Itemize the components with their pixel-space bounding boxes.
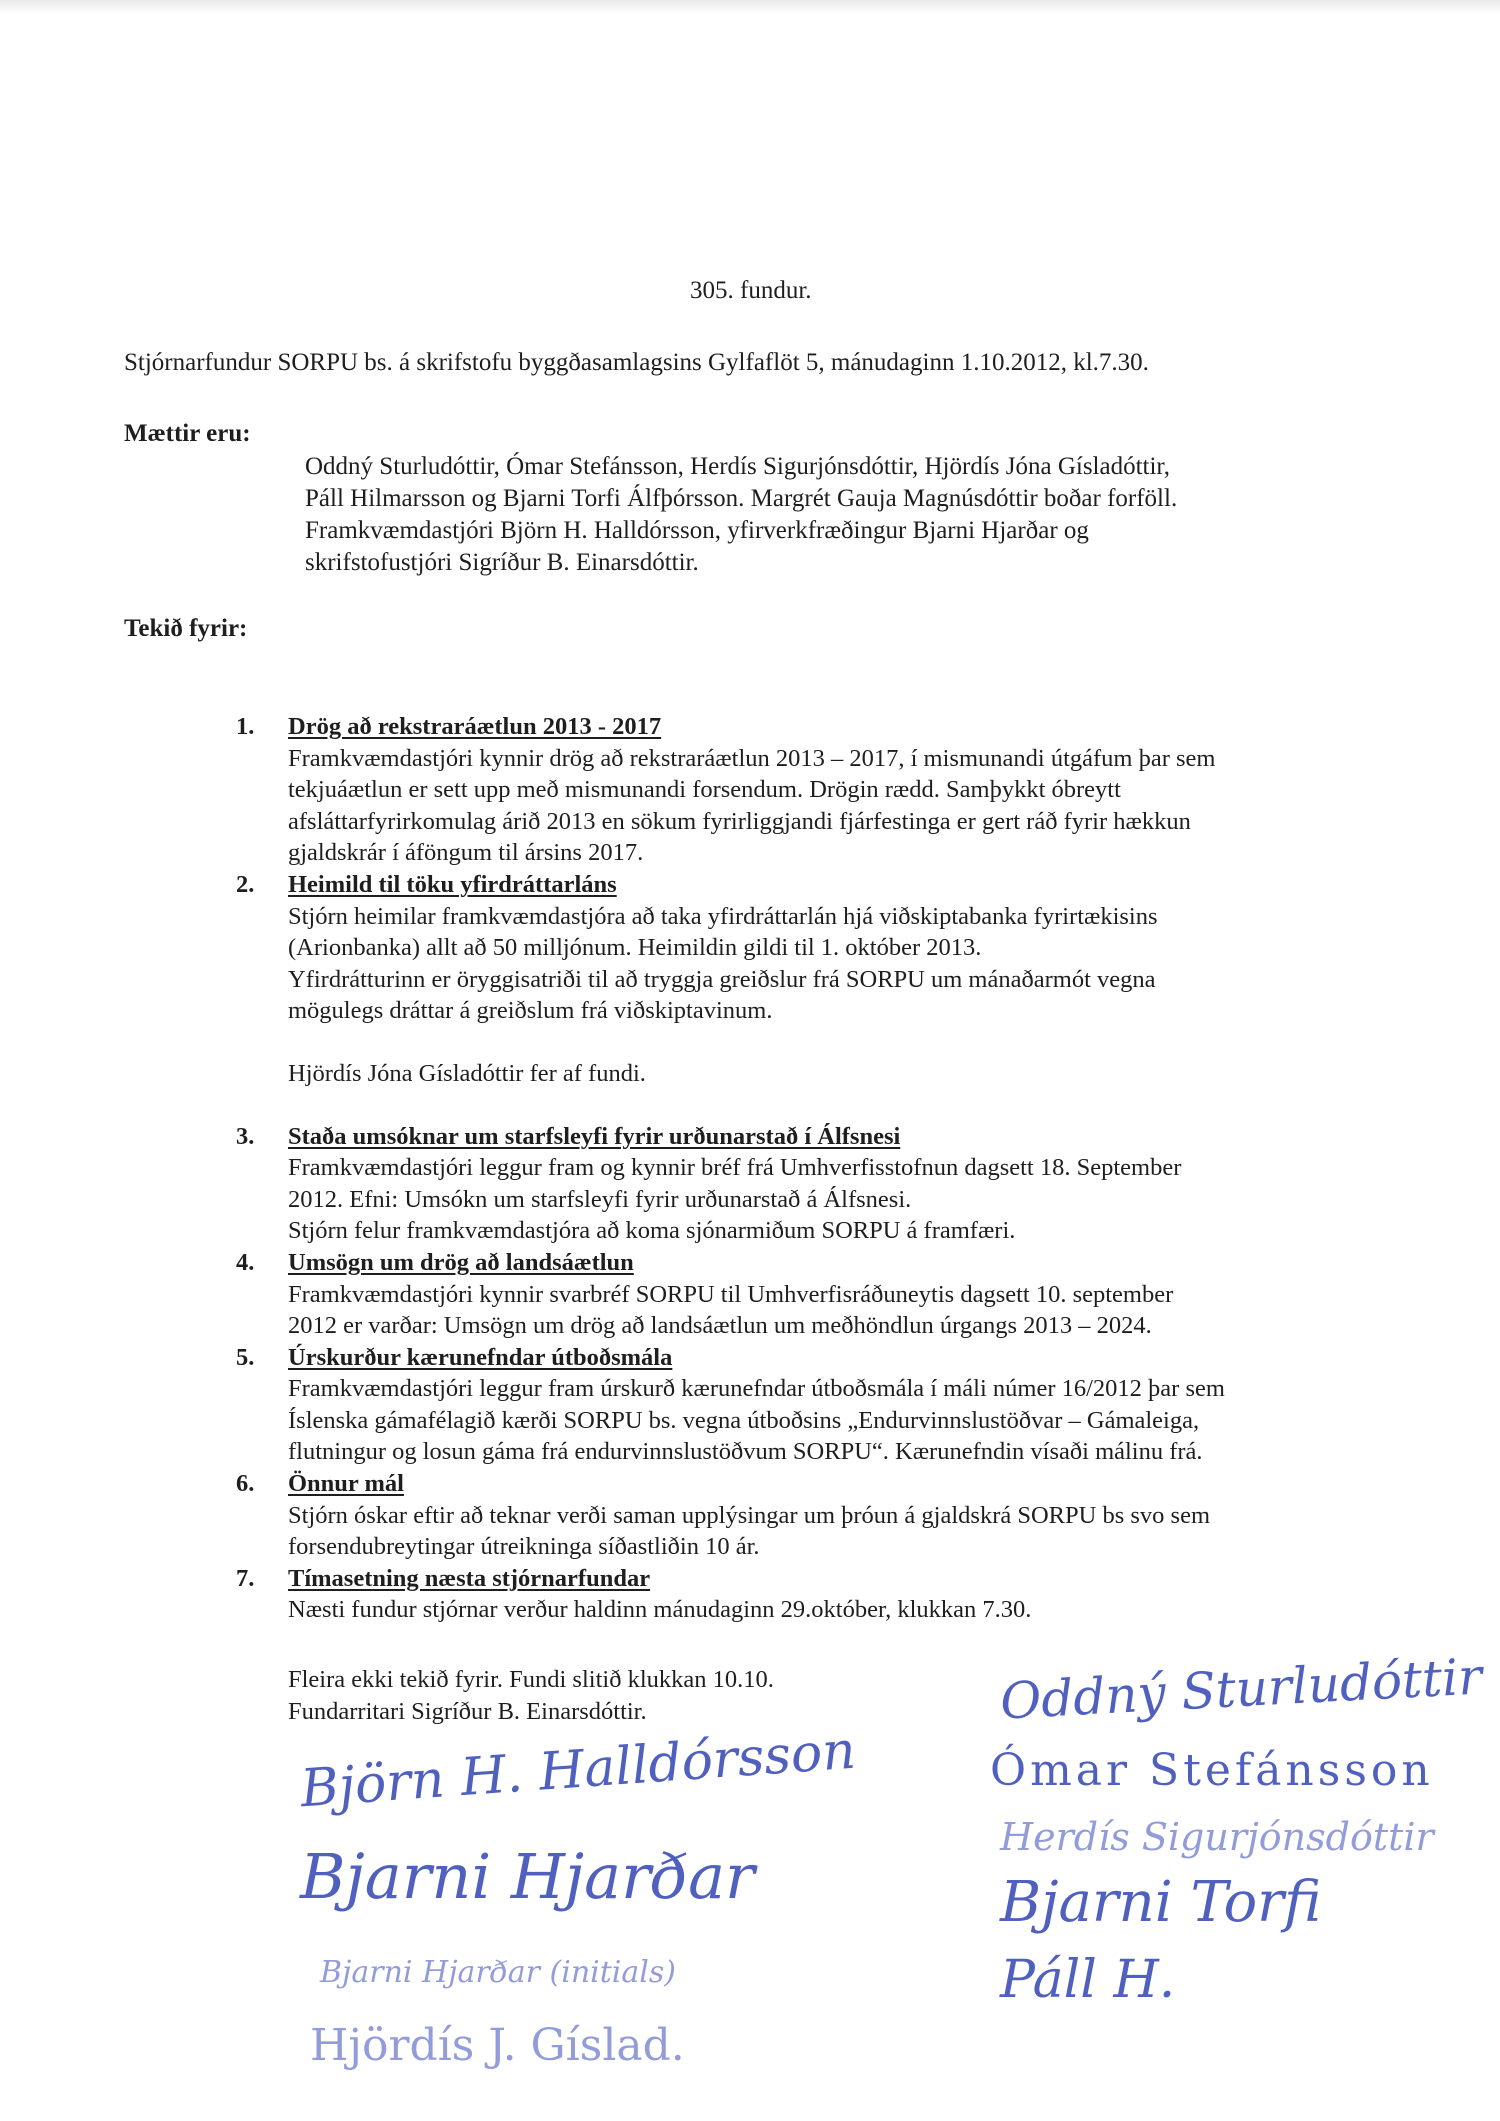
agenda-item: 2.Heimild til töku yfirdráttarlánsStjórn… [236, 869, 1456, 1027]
agenda-note: Hjördís Jóna Gísladóttir fer af fundi. [236, 1058, 1456, 1090]
agenda-item-text: Framkvæmdastjóri leggur fram og kynnir b… [288, 1152, 1456, 1184]
agenda-item: 3.Staða umsóknar um starfsleyfi fyrir ur… [236, 1121, 1456, 1247]
agenda-item-text: flutningur og losun gáma frá endurvinnsl… [288, 1436, 1456, 1468]
signature-right-1: Oddný Sturludóttir [999, 1647, 1484, 1730]
agenda-item-number: 5. [236, 1342, 254, 1374]
signature-right-2: Ómar Stefánsson [990, 1745, 1434, 1796]
closing-block: Fleira ekki tekið fyrir. Fundi slitið kl… [288, 1664, 774, 1727]
agenda-item-number: 1. [236, 711, 254, 743]
agenda-item-text: forsendubreytingar útreikninga síðastlið… [288, 1531, 1456, 1563]
attendees-line: Oddný Sturludóttir, Ómar Stefánsson, Her… [305, 451, 1435, 483]
agenda-item-title: Drög að rekstraráætlun 2013 - 2017 [288, 713, 661, 740]
agenda-item-title: Staða umsóknar um starfsleyfi fyrir urðu… [288, 1123, 900, 1150]
agenda-label: Tekið fyrir: [124, 613, 247, 645]
agenda-item-number: 6. [236, 1468, 254, 1500]
meeting-intro: Stjórnarfundur SORPU bs. á skrifstofu by… [124, 347, 1149, 379]
attendees-line: Framkvæmdastjóri Björn H. Halldórsson, y… [305, 515, 1435, 547]
agenda-item-title: Önnur mál [288, 1470, 404, 1497]
present-label: Mættir eru: [124, 418, 251, 450]
agenda-item-title: Heimild til töku yfirdráttarláns [288, 871, 617, 898]
signature-left-3: Bjarni Hjarðar (initials) [320, 1955, 676, 1990]
agenda-item: 4.Umsögn um drög að landsáætlunFramkvæmd… [236, 1247, 1456, 1342]
agenda-item-number: 7. [236, 1563, 254, 1595]
agenda-item-text: Yfirdrátturinn er öryggisatriði til að t… [288, 964, 1456, 996]
signature-right-5: Páll H. [1000, 1950, 1175, 2010]
closing-line: Fundarritari Sigríður B. Einarsdóttir. [288, 1696, 774, 1728]
agenda-item-text: Stjórn heimilar framkvæmdastjóra að taka… [288, 901, 1456, 933]
agenda-item-text: Stjórn felur framkvæmdastjóra að koma sj… [288, 1215, 1456, 1247]
agenda-item-text: 2012. Efni: Umsókn um starfsleyfi fyrir … [288, 1184, 1456, 1216]
signature-left-2: Bjarni Hjarðar [300, 1840, 755, 1913]
scan-edge [0, 0, 1500, 14]
agenda-list: 1.Drög að rekstraráætlun 2013 - 2017Fram… [236, 711, 1456, 1626]
agenda-item-text: (Arionbanka) allt að 50 milljónum. Heimi… [288, 932, 1456, 964]
agenda-item-title: Tímasetning næsta stjórnarfundar [288, 1565, 650, 1592]
agenda-item: 6.Önnur málStjórn óskar eftir að teknar … [236, 1468, 1456, 1563]
agenda-item-text: afsláttarfyrirkomulag árið 2013 en sökum… [288, 806, 1456, 838]
attendees-line: skrifstofustjóri Sigríður B. Einarsdótti… [305, 547, 1435, 579]
agenda-item-title: Úrskurður kærunefndar útboðsmála [288, 1344, 672, 1371]
signature-right-3: Herdís Sigurjónsdóttir [1000, 1815, 1434, 1859]
agenda-item-text: Íslenska gámafélagið kærði SORPU bs. veg… [288, 1405, 1456, 1437]
agenda-item-number: 4. [236, 1247, 254, 1279]
agenda-item-text: tekjuáætlun er sett upp með mismunandi f… [288, 774, 1456, 806]
agenda-item-title: Umsögn um drög að landsáætlun [288, 1249, 634, 1276]
agenda-item-number: 2. [236, 869, 254, 901]
agenda-item-number: 3. [236, 1121, 254, 1153]
closing-line: Fleira ekki tekið fyrir. Fundi slitið kl… [288, 1664, 774, 1696]
meeting-number: 305. fundur. [690, 275, 812, 307]
signature-right-4: Bjarni Torfi [1000, 1870, 1321, 1935]
signature-left-4: Hjördís J. Gíslad. [310, 2020, 685, 2071]
agenda-item-text: mögulegs dráttar á greiðslum frá viðskip… [288, 995, 1456, 1027]
attendees-block: Oddný Sturludóttir, Ómar Stefánsson, Her… [305, 451, 1435, 579]
agenda-item: 5.Úrskurður kærunefndar útboðsmálaFramkv… [236, 1342, 1456, 1468]
agenda-item-text: 2012 er varðar: Umsögn um drög að landsá… [288, 1310, 1456, 1342]
agenda-item-text: Stjórn óskar eftir að teknar verði saman… [288, 1500, 1456, 1532]
agenda-item: 7.Tímasetning næsta stjórnarfundarNæsti … [236, 1563, 1456, 1626]
attendees-line: Páll Hilmarsson og Bjarni Torfi Álfþórss… [305, 483, 1435, 515]
agenda-item-text: Framkvæmdastjóri leggur fram úrskurð kær… [288, 1373, 1456, 1405]
agenda-item-text: Framkvæmdastjóri kynnir drög að rekstrar… [288, 743, 1456, 775]
agenda-item-text: gjaldskrár í áföngum til ársins 2017. [288, 837, 1456, 869]
signature-left-1: Björn H. Halldórsson [299, 1721, 858, 1820]
agenda-item-text: Framkvæmdastjóri kynnir svarbréf SORPU t… [288, 1279, 1456, 1311]
agenda-item-text: Næsti fundur stjórnar verður haldinn mán… [288, 1594, 1456, 1626]
agenda-item: 1.Drög að rekstraráætlun 2013 - 2017Fram… [236, 711, 1456, 869]
